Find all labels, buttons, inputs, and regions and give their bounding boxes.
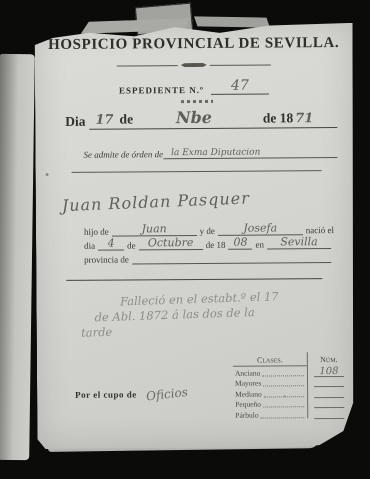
- provincia-label: provincia de: [84, 254, 129, 264]
- table-row: Pequeño: [233, 397, 351, 408]
- dia-label: Dia: [65, 114, 85, 130]
- divider-line: [210, 64, 271, 65]
- document-sheet: HOSPICIO PROVINCIAL DE SEVILLA. ESPEDIEN…: [35, 23, 356, 449]
- adjacent-page-edge: [0, 54, 35, 460]
- date-fill-zone: 17 de Nbe de 18 71: [89, 107, 337, 130]
- header-clases: Clases.: [233, 355, 307, 367]
- birth-day-handwritten: 4: [98, 236, 124, 250]
- cupo-line: Por el cupo de Oficios: [75, 387, 187, 402]
- divider-line: [117, 65, 178, 66]
- nacio-el-label: nació el: [306, 225, 334, 235]
- de-18-label: de 18: [206, 240, 226, 250]
- paper-speck: [283, 395, 286, 397]
- scanned-document-page: { "page": { "title": "HOSPICIO PROVINCIA…: [0, 0, 370, 479]
- document-content: HOSPICIO PROVINCIAL DE SEVILLA. ESPEDIEN…: [35, 23, 356, 449]
- birth-place-handwritten: Sevilla: [267, 235, 331, 249]
- provincia-handwritten: [132, 262, 331, 264]
- mother-name-handwritten: Josefa: [218, 221, 303, 236]
- document-title: HOSPICIO PROVINCIAL DE SEVILLA.: [43, 35, 345, 54]
- table-row: Anciano 108: [233, 366, 351, 377]
- expediente-number-handwritten: 47: [211, 77, 269, 94]
- row-value-handwritten: [314, 396, 344, 397]
- inmate-name-handwritten: Juan Roldan Pasquer: [61, 188, 250, 215]
- title-divider: [117, 62, 271, 67]
- table-row: Mediano: [233, 387, 351, 398]
- de-18-label: de 18: [263, 110, 293, 126]
- table-header-row: Clases. Núm.: [233, 355, 351, 367]
- dotted-leaders: [263, 406, 304, 407]
- row-value-handwritten: 108: [314, 366, 344, 376]
- blank-rule: [72, 170, 322, 173]
- en-label: en: [255, 240, 264, 250]
- paper-speck: [46, 173, 49, 176]
- row-label: Anciano: [235, 368, 260, 377]
- expediente-row: ESPEDIENTE N.º 47: [35, 77, 353, 96]
- cupo-handwritten: Oficios: [145, 385, 188, 404]
- dotted-leaders: [262, 375, 304, 376]
- year-handwritten: 71: [293, 111, 337, 126]
- classes-table: Clases. Núm. Anciano 108 Mayores Mediano…: [233, 355, 351, 419]
- divider-ornament: [181, 63, 207, 67]
- section-rule: [66, 278, 322, 281]
- birth-month-handwritten: Octubre: [139, 236, 203, 250]
- row-label: Mayores: [235, 379, 261, 388]
- dotted-leaders: [263, 385, 304, 386]
- row-value-handwritten: [314, 407, 344, 408]
- row-label: Párbulo: [235, 410, 258, 419]
- hijo-de-label: hijo de: [84, 227, 109, 237]
- filiation-line-2: dia 4 de Octubre de 18 08 en Sevilla: [84, 235, 334, 251]
- table-row: Mayores: [233, 376, 351, 387]
- father-name-handwritten: Juan: [112, 222, 197, 237]
- dotted-leaders: [261, 417, 305, 418]
- death-note-handwritten: Falleció en el estabt.º el 17 de Abl. 18…: [76, 288, 313, 341]
- row-label: Pequeño: [235, 400, 261, 409]
- expediente-label: ESPEDIENTE N.º: [119, 85, 204, 96]
- admission-line: Se admite de órden de la Exma Diputacion: [83, 147, 337, 160]
- row-label: Mediano: [235, 389, 262, 398]
- cupo-printed-label: Por el cupo de: [75, 389, 137, 399]
- row-value-handwritten: [314, 417, 344, 418]
- filiation-block: hijo de Juan y de Josefa nació el dia 4 …: [84, 221, 334, 265]
- row-value-handwritten: [314, 386, 344, 387]
- filiation-line-3: provincia de: [84, 249, 334, 265]
- paper-fold: [194, 16, 270, 27]
- day-handwritten: 17: [95, 113, 113, 128]
- de-label: de: [119, 111, 133, 127]
- month-handwritten: Nbe: [133, 108, 255, 128]
- header-num: Núm.: [307, 355, 351, 366]
- dia-label: dia: [84, 241, 95, 251]
- de-label: de: [127, 240, 136, 250]
- small-ornament: [181, 100, 213, 103]
- date-line: Dia 17 de Nbe de 18 71: [65, 107, 337, 130]
- table-row: Párbulo: [233, 408, 351, 419]
- admission-printed-label: Se admite de órden de: [83, 149, 163, 160]
- birth-year-handwritten: 08: [228, 236, 252, 250]
- admission-handwritten: la Exma Diputacion: [163, 147, 337, 159]
- y-de-label: y de: [200, 226, 215, 236]
